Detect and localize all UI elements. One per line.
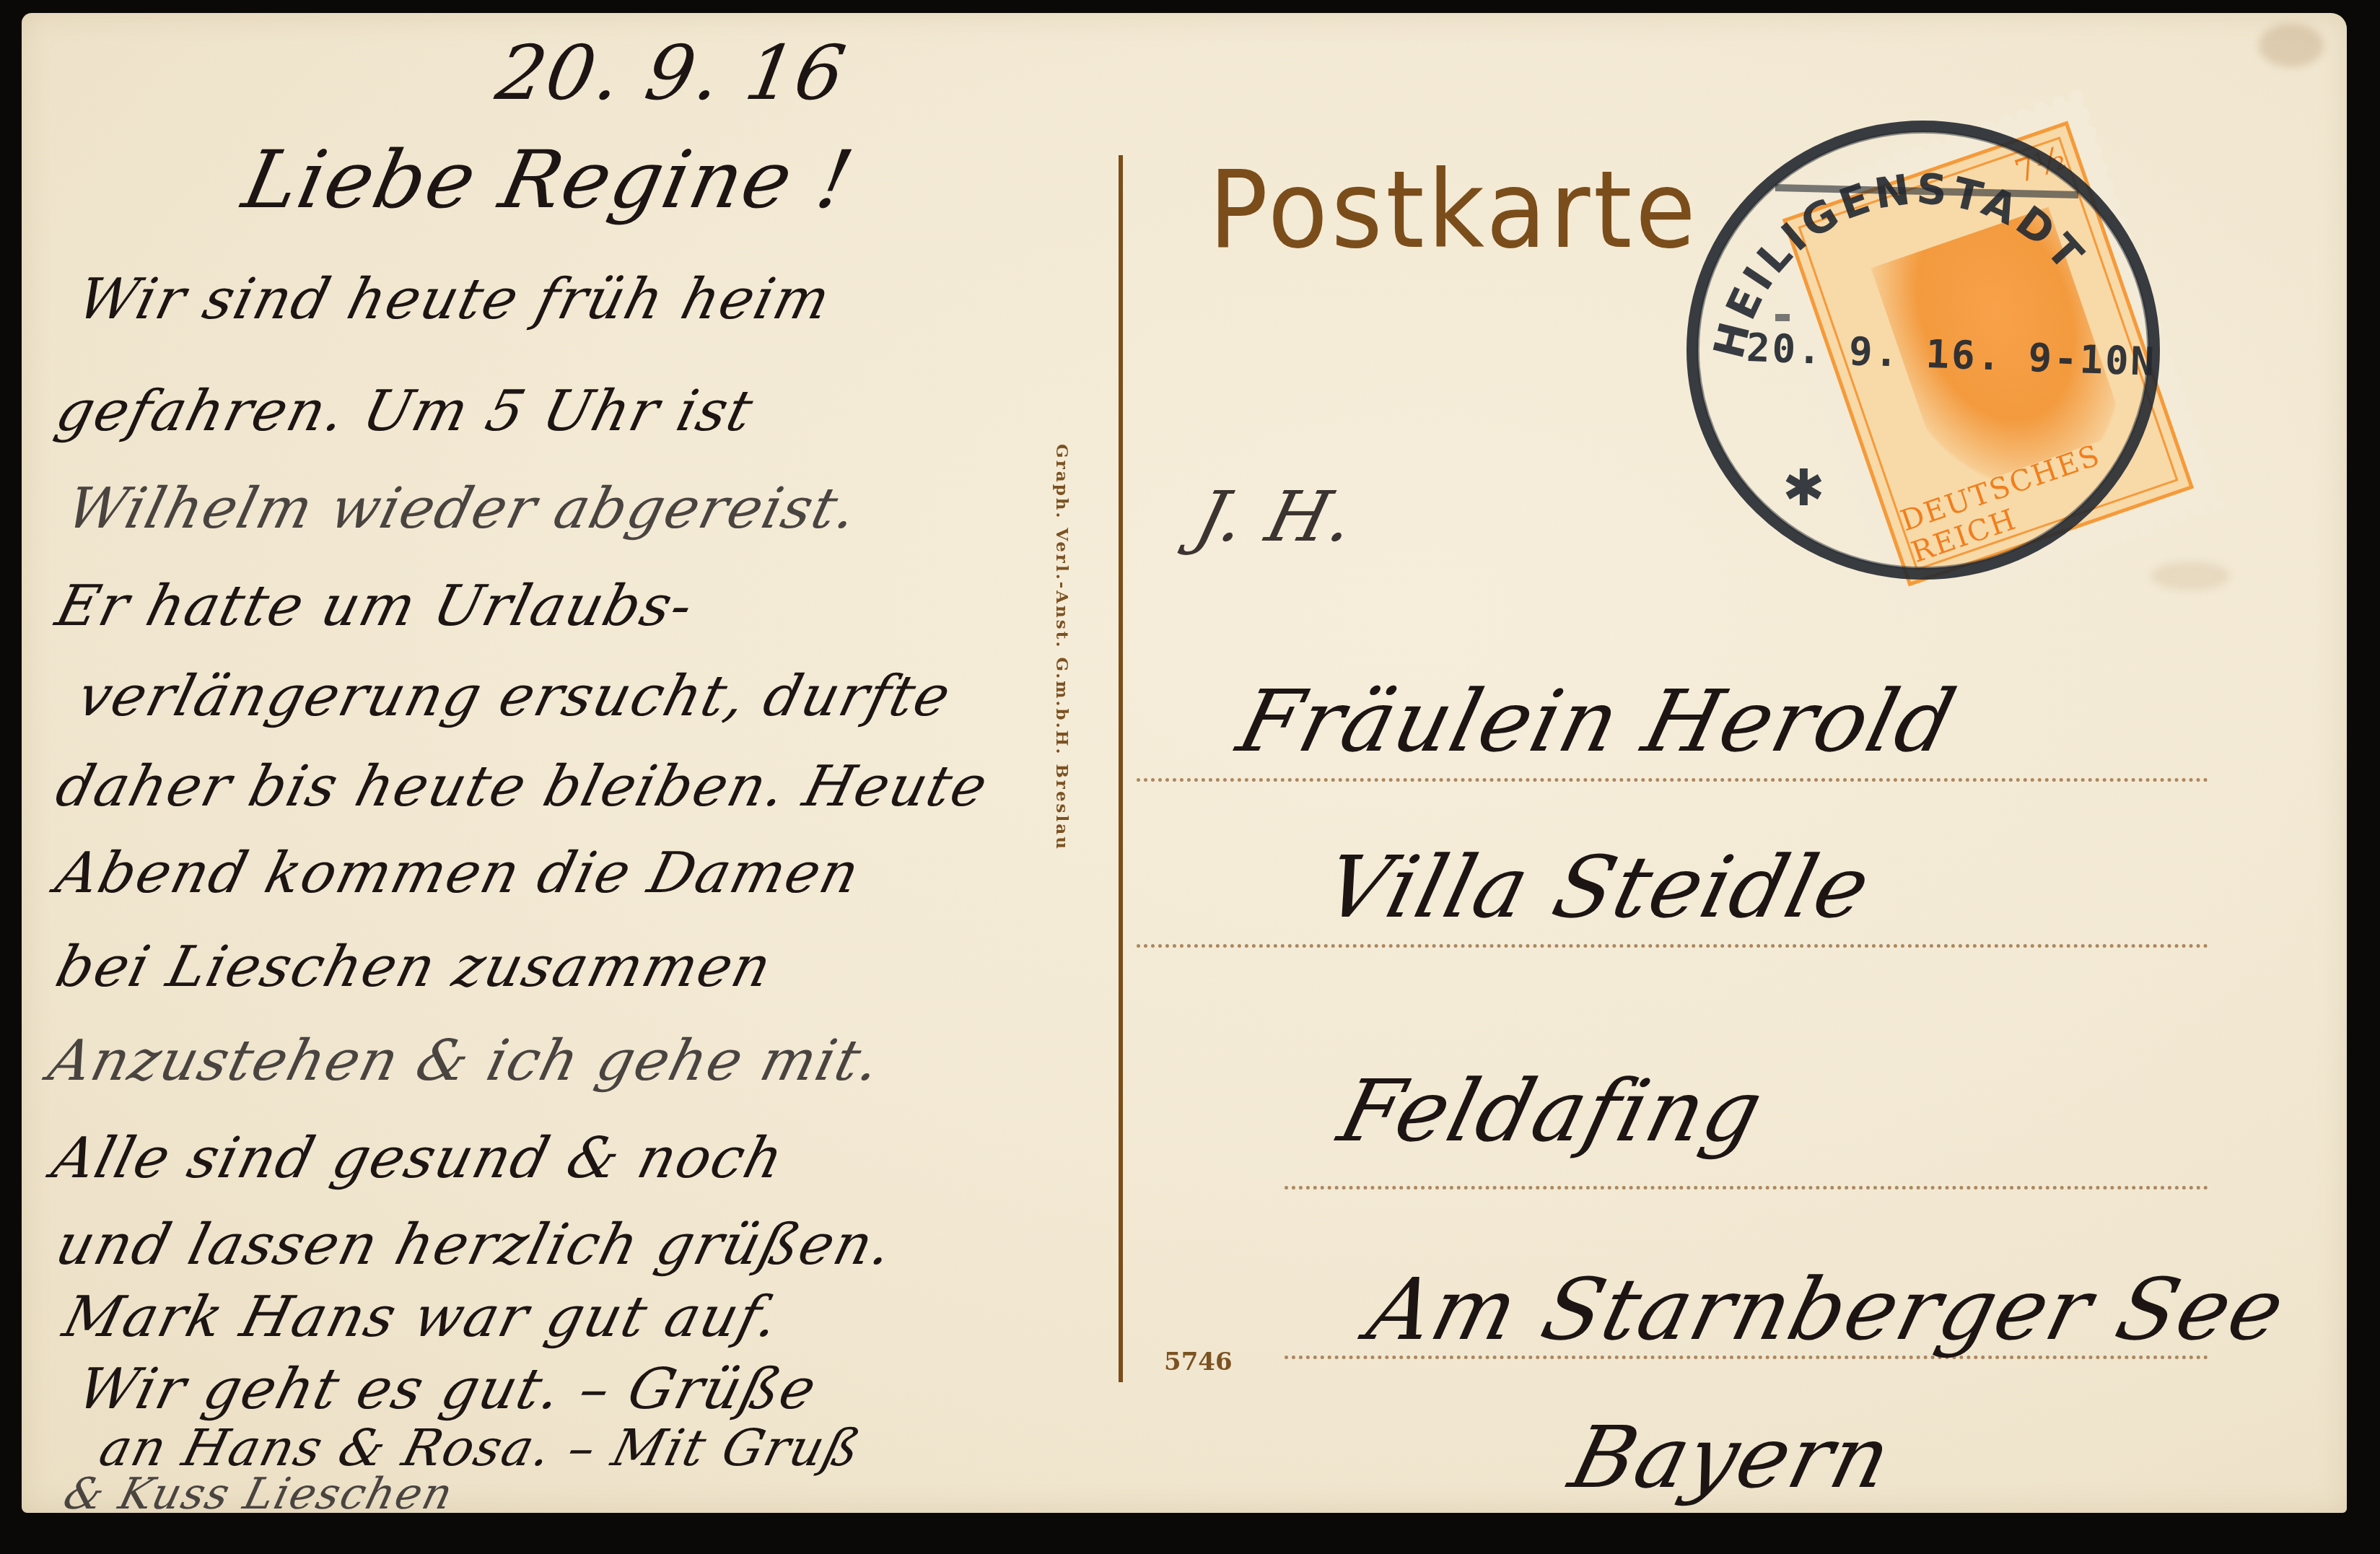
message-line: Anzustehen & ich gehe mit. xyxy=(43,1029,888,1094)
message-line: Wir sind heute früh heim xyxy=(71,267,838,332)
message-line: bei Lieschen zusammen xyxy=(50,935,779,1000)
publisher-imprint: Graph. Verl.-Anst. G.m.b.H. Breslau xyxy=(1052,444,1072,851)
center-divider-line xyxy=(1119,155,1123,1382)
message-line: Wilhelm wieder abgereist. xyxy=(61,476,865,541)
address-line-state: Bayern xyxy=(1561,1407,1902,1507)
message-line: verlängerung ersucht, durfte xyxy=(71,664,958,729)
message-line: gefahren. Um 5 Uhr ist xyxy=(50,379,761,444)
address-line-name: Fräulein Herold xyxy=(1229,671,1966,771)
address-line-lake: Am Starnberger See xyxy=(1359,1260,2296,1359)
plate-number: 5746 xyxy=(1164,1348,1233,1376)
message-line: Abend kommen die Damen xyxy=(50,841,867,906)
message-date: 20. 9. 16 xyxy=(490,29,853,117)
message-line: Mark Hans war gut auf. xyxy=(57,1285,787,1350)
sender-initials: J. H. xyxy=(1188,476,1364,557)
salutation: Liebe Regine ! xyxy=(235,134,862,226)
message-line: Er hatte um Urlaubs- xyxy=(50,574,701,639)
address-dotted-line xyxy=(1137,944,2208,948)
postkarte-title: Postkarte xyxy=(1209,148,1699,272)
message-line: Alle sind gesund & noch xyxy=(46,1126,791,1191)
message-line: daher bis heute bleiben. Heute xyxy=(50,754,995,819)
svg-text:✱: ✱ xyxy=(1782,458,1825,518)
stain xyxy=(2259,24,2324,67)
message-line: Wir geht es gut. – Grüße xyxy=(71,1357,824,1422)
address-dotted-line xyxy=(1137,778,2208,782)
address-dotted-line xyxy=(1285,1186,2208,1189)
address-line-town: Feldafing xyxy=(1330,1061,1773,1161)
address-line-villa: Villa Steidle xyxy=(1316,837,1881,937)
message-line: und lassen herzlich grüßen. xyxy=(50,1213,900,1278)
message-signature: & Kuss Lieschen xyxy=(58,1469,458,1519)
